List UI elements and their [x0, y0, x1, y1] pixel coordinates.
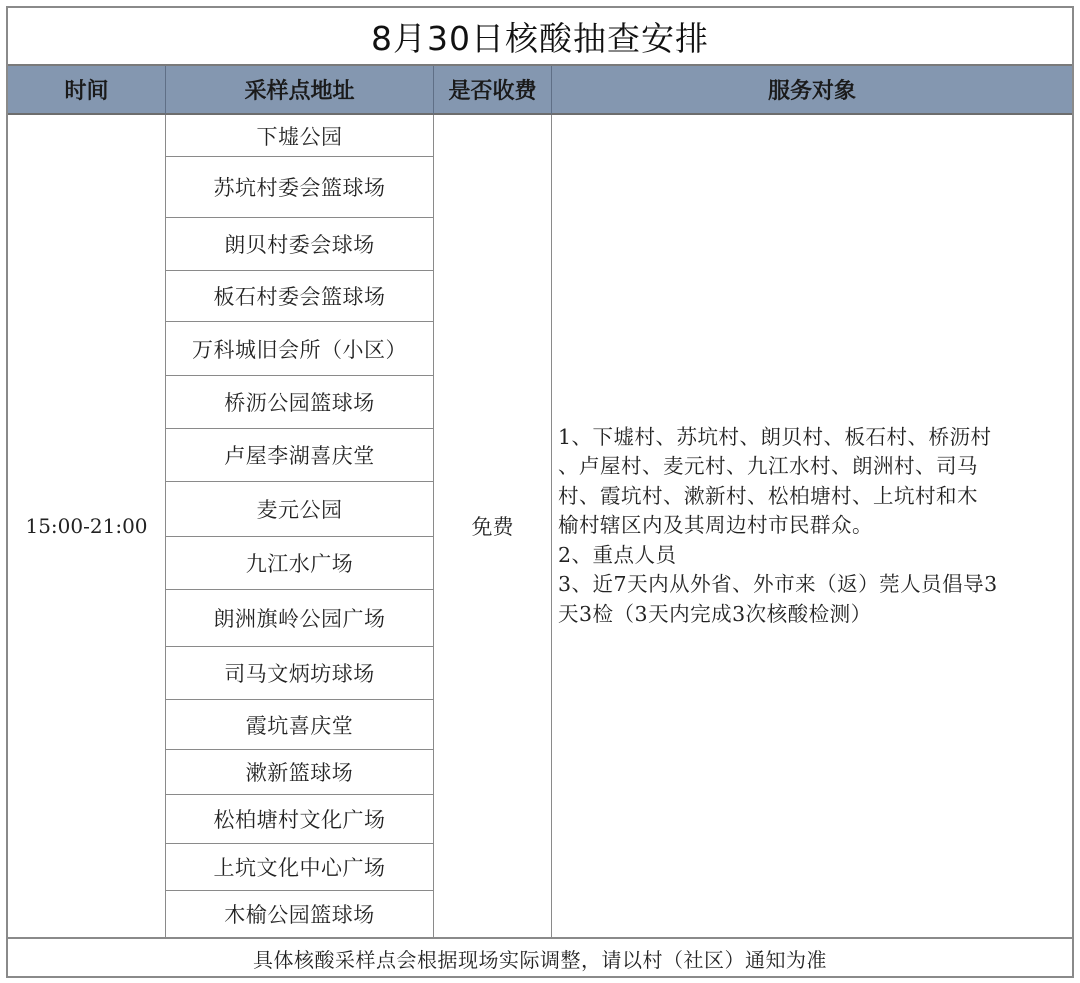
header-time: 时间 [8, 66, 166, 115]
table-title: 8月30日核酸抽查安排 [8, 8, 1072, 66]
service-line: 2、重点人员 [558, 541, 998, 571]
service-line: 3、近7天内从外省、外市来（返）莞人员倡导3 [558, 570, 998, 600]
site-row: 卢屋李湖喜庆堂 [166, 429, 433, 482]
header-site: 采样点地址 [166, 66, 434, 115]
time-cell: 15:00-21:00 [8, 115, 166, 937]
header-fee: 是否收费 [434, 66, 552, 115]
site-row: 万科城旧会所（小区） [166, 322, 433, 376]
schedule-table: 8月30日核酸抽查安排 时间 采样点地址 是否收费 服务对象 15:00-21:… [6, 6, 1074, 978]
site-row: 松柏塘村文化广场 [166, 795, 433, 844]
site-row: 上坑文化中心广场 [166, 844, 433, 891]
site-row: 下墟公园 [166, 115, 433, 157]
site-row: 桥沥公园篮球场 [166, 376, 433, 429]
site-row: 司马文炳坊球场 [166, 647, 433, 700]
site-list: 下墟公园 苏坑村委会篮球场 朗贝村委会球场 板石村委会篮球场 万科城旧会所（小区… [166, 115, 434, 937]
service-cell: 1、下墟村、苏坑村、朗贝村、板石村、桥沥村 、卢屋村、麦元村、九江水村、朗洲村、… [552, 115, 1072, 937]
site-row: 朗贝村委会球场 [166, 218, 433, 271]
site-row: 漱新篮球场 [166, 750, 433, 795]
service-line: 1、下墟村、苏坑村、朗贝村、板石村、桥沥村 [558, 423, 998, 453]
site-row: 九江水广场 [166, 537, 433, 590]
site-row: 霞坑喜庆堂 [166, 700, 433, 750]
service-description: 1、下墟村、苏坑村、朗贝村、板石村、桥沥村 、卢屋村、麦元村、九江水村、朗洲村、… [552, 423, 1004, 630]
fee-value: 免费 [472, 511, 514, 541]
site-row: 板石村委会篮球场 [166, 271, 433, 322]
service-line: 榆村辖区内及其周边村市民群众。 [558, 511, 998, 541]
service-line: 、卢屋村、麦元村、九江水村、朗洲村、司马 [558, 452, 998, 482]
site-row: 朗洲旗岭公园广场 [166, 590, 433, 647]
footer-note: 具体核酸采样点会根据现场实际调整，请以村（社区）通知为准 [8, 937, 1072, 978]
site-row: 木榆公园篮球场 [166, 891, 433, 937]
site-row: 麦元公园 [166, 482, 433, 537]
time-value: 15:00-21:00 [25, 514, 147, 538]
site-row: 苏坑村委会篮球场 [166, 157, 433, 218]
service-line: 村、霞坑村、漱新村、松柏塘村、上坑村和木 [558, 482, 998, 512]
fee-cell: 免费 [434, 115, 552, 937]
header-service: 服务对象 [552, 66, 1072, 115]
service-line: 天3检（3天内完成3次核酸检测） [558, 600, 998, 630]
